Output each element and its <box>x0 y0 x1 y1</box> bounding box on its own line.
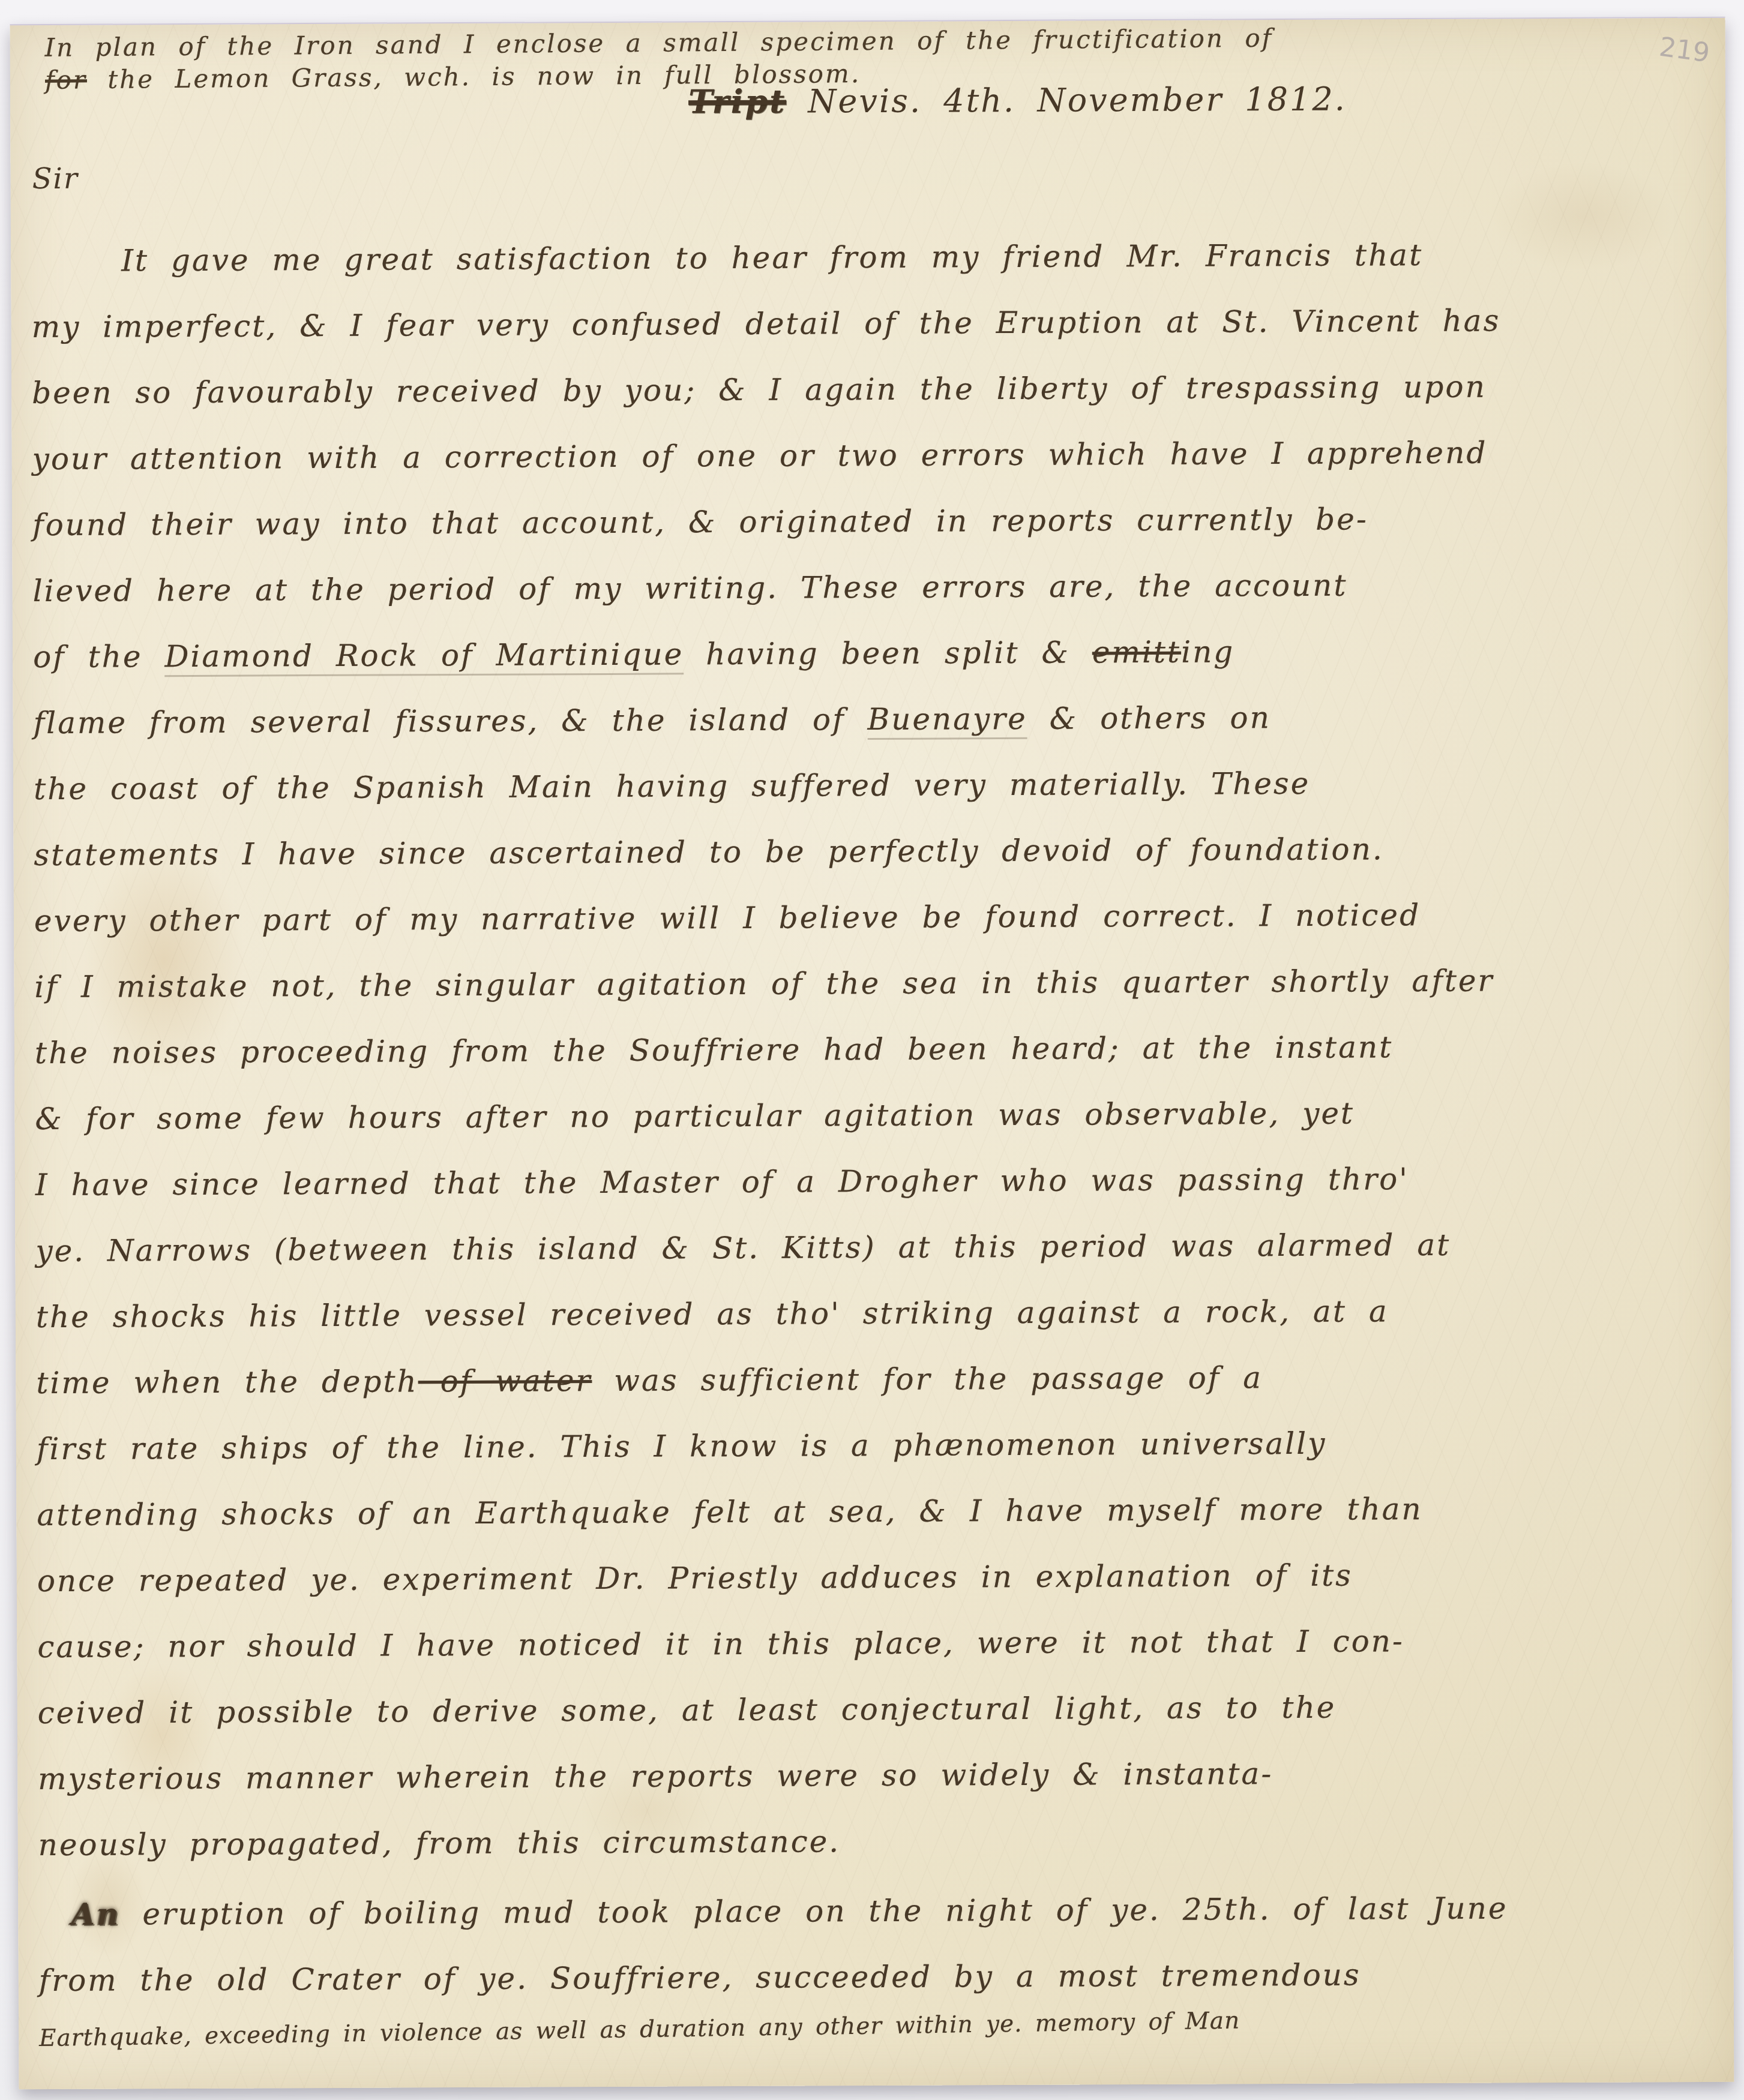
body-line: lieved here at the period of my writing.… <box>32 551 1716 624</box>
line-text: time when the depth <box>36 1364 418 1400</box>
body-line: your attention with a correction of one … <box>32 419 1716 492</box>
struck-word: emitt <box>1092 635 1181 670</box>
body-line: the coast of the Spanish Main having suf… <box>34 749 1718 822</box>
letter-page: In plan of the Iron sand I enclose a sma… <box>10 17 1734 2089</box>
body-line: attending shocks of an Earthquake felt a… <box>37 1475 1721 1548</box>
body-line: statements I have since ascertained to b… <box>34 815 1718 888</box>
line-text: of the <box>33 639 165 674</box>
salutation: Sir <box>32 162 79 196</box>
body-line: neously propagated, from this circumstan… <box>38 1805 1722 1878</box>
line-text: having been split & <box>684 635 1092 671</box>
body-line: An eruption of boiling mud took place on… <box>71 1874 1722 1948</box>
body-line: if I mistake not, the singular agitation… <box>34 947 1718 1020</box>
struck-phrase: of water <box>418 1363 592 1399</box>
body-line: It gave me great satisfaction to hear fr… <box>121 221 1715 294</box>
letter-body: It gave me great satisfaction to hear fr… <box>31 221 1723 2066</box>
dateline-struck-word: Tript <box>688 82 786 121</box>
underlined-phrase: Diamond Rock of Martinique <box>164 637 684 677</box>
body-line: mysterious manner wherein the reports we… <box>38 1739 1722 1812</box>
body-line: ye. Narrows (between this island & St. K… <box>35 1211 1719 1284</box>
body-line: the noises proceeding from the Souffrier… <box>35 1013 1719 1086</box>
body-line: once repeated ye. experiment Dr. Priestl… <box>37 1541 1721 1614</box>
body-line: time when the depth of water was suffici… <box>36 1343 1720 1416</box>
body-line: I have since learned that the Master of … <box>35 1145 1719 1218</box>
body-line: every other part of my narrative will I … <box>34 881 1718 954</box>
body-line: found their way into that account, & ori… <box>32 485 1716 558</box>
body-line: been so favourably received by you; & I … <box>32 353 1716 426</box>
letter-content: In plan of the Iron sand I enclose a sma… <box>10 18 1734 2089</box>
line-text: eruption of boiling mud took place on th… <box>120 1891 1508 1931</box>
dateline: Tript Nevis. 4th. November 1812. <box>688 80 1347 121</box>
body-line: the shocks his little vessel received as… <box>36 1277 1720 1350</box>
struck-false-start: for <box>45 65 87 95</box>
line-text: flame from several fissures, & the islan… <box>33 702 867 740</box>
dateline-place-date: Nevis. 4th. November 1812. <box>808 80 1347 121</box>
body-line: my imperfect, & I fear very confused det… <box>31 287 1715 360</box>
line-text: & others on <box>1027 700 1271 736</box>
underlined-phrase: Buenayre <box>867 701 1027 740</box>
line-text: ing <box>1181 634 1234 669</box>
body-line: flame from several fissures, & the islan… <box>33 683 1717 756</box>
body-line: ceived it possible to derive some, at le… <box>38 1673 1722 1746</box>
body-line: & for some few hours after no particular… <box>35 1079 1719 1152</box>
line-text: was sufficient for the passage of a <box>592 1360 1263 1398</box>
body-line: cause; nor should I have noticed it in t… <box>37 1607 1721 1680</box>
body-line: first rate ships of the line. This I kno… <box>37 1409 1721 1482</box>
blotted-word: An <box>71 1896 120 1931</box>
body-line: of the Diamond Rock of Martinique having… <box>33 617 1717 690</box>
second-paragraph: An eruption of boiling mud took place on… <box>38 1874 1723 2066</box>
